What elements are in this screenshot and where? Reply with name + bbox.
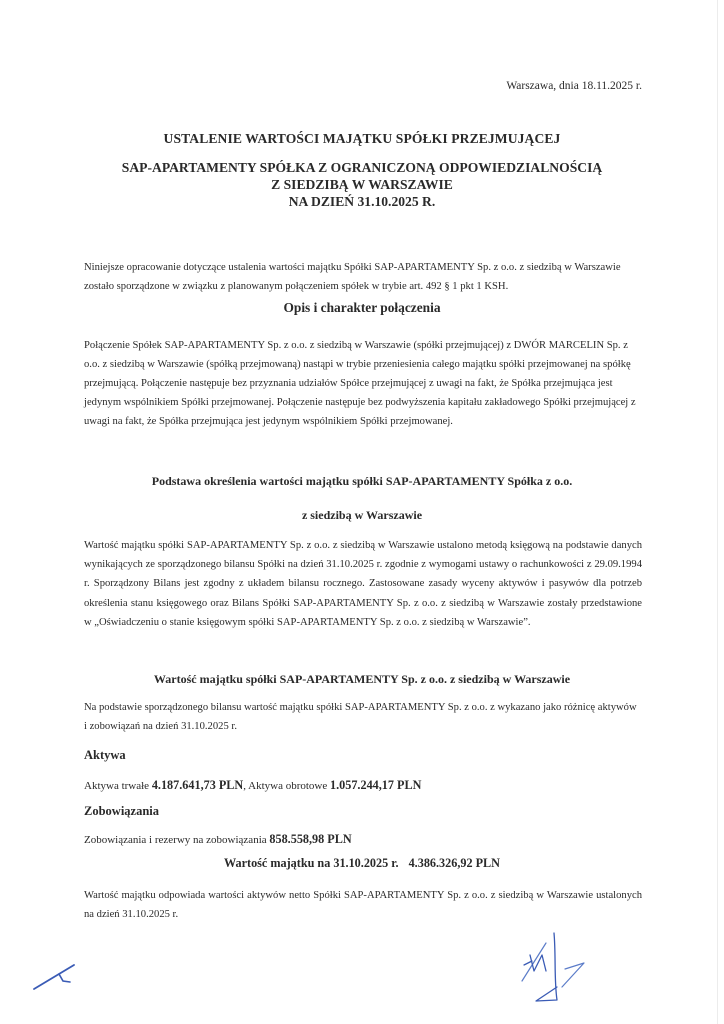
section-heading-opis: Opis i charakter połączenia xyxy=(0,300,724,316)
date-line: Warszawa, dnia 18.11.2025 r. xyxy=(506,80,642,92)
zobowiazania-line: Zobowiązania i rezerwy na zobowiązania 8… xyxy=(84,830,642,850)
liabilities-label: Zobowiązania i rezerwy na zobowiązania xyxy=(84,834,269,846)
title-line-2: SAP-APARTAMENTY SPÓŁKA Z OGRANICZONĄ ODP… xyxy=(0,159,724,176)
handwritten-signature-icon xyxy=(510,925,610,1005)
podstawa-paragraph: Wartość majątku spółki SAP-APARTAMENTY S… xyxy=(84,536,642,632)
aktywa-heading: Aktywa xyxy=(84,748,126,763)
title-line-3: Z SIEDZIBĄ W WARSZAWIE xyxy=(0,176,724,193)
section-heading-podstawa: Podstawa określenia wartości majątku spó… xyxy=(0,474,724,489)
closing-paragraph: Wartość majątku odpowiada wartości aktyw… xyxy=(84,886,642,924)
intro-paragraph: Niniejsze opracowanie dotyczące ustaleni… xyxy=(84,258,642,296)
title-line-1: USTALENIE WARTOŚCI MAJĄTKU SPÓŁKI PRZEJM… xyxy=(0,130,724,148)
title-line-4: NA DZIEŃ 31.10.2025 R. xyxy=(0,193,724,210)
aktywa-line: Aktywa trwałe 4.187.641,73 PLN, Aktywa o… xyxy=(84,776,642,796)
summary-value: 4.386.326,92 PLN xyxy=(409,856,500,870)
fixed-assets-label: Aktywa trwałe xyxy=(84,780,152,792)
summary-label: Wartość majątku na 31.10.2025 r. xyxy=(224,856,399,870)
section-heading-wartosc: Wartość majątku spółki SAP-APARTAMENTY S… xyxy=(0,672,724,687)
current-assets-value: 1.057.244,17 PLN xyxy=(330,778,421,792)
net-asset-summary: Wartość majątku na 31.10.2025 r.4.386.32… xyxy=(0,856,724,871)
section-heading-podstawa-line2: z siedzibą w Warszawie xyxy=(0,508,724,523)
liabilities-value: 858.558,98 PLN xyxy=(269,832,351,846)
fixed-assets-value: 4.187.641,73 PLN xyxy=(152,778,243,792)
document-title: USTALENIE WARTOŚCI MAJĄTKU SPÓŁKI PRZEJM… xyxy=(0,130,724,210)
opis-paragraph: Połączenie Spółek SAP-APARTAMENTY Sp. z … xyxy=(84,336,642,431)
document-page: Warszawa, dnia 18.11.2025 r. USTALENIE W… xyxy=(0,0,724,1024)
zobowiazania-heading: Zobowiązania xyxy=(84,804,159,819)
wartosc-paragraph: Na podstawie sporządzonego bilansu warto… xyxy=(84,698,642,736)
current-assets-label: Aktywa obrotowe xyxy=(248,780,330,792)
initials-signature-icon xyxy=(28,955,88,995)
